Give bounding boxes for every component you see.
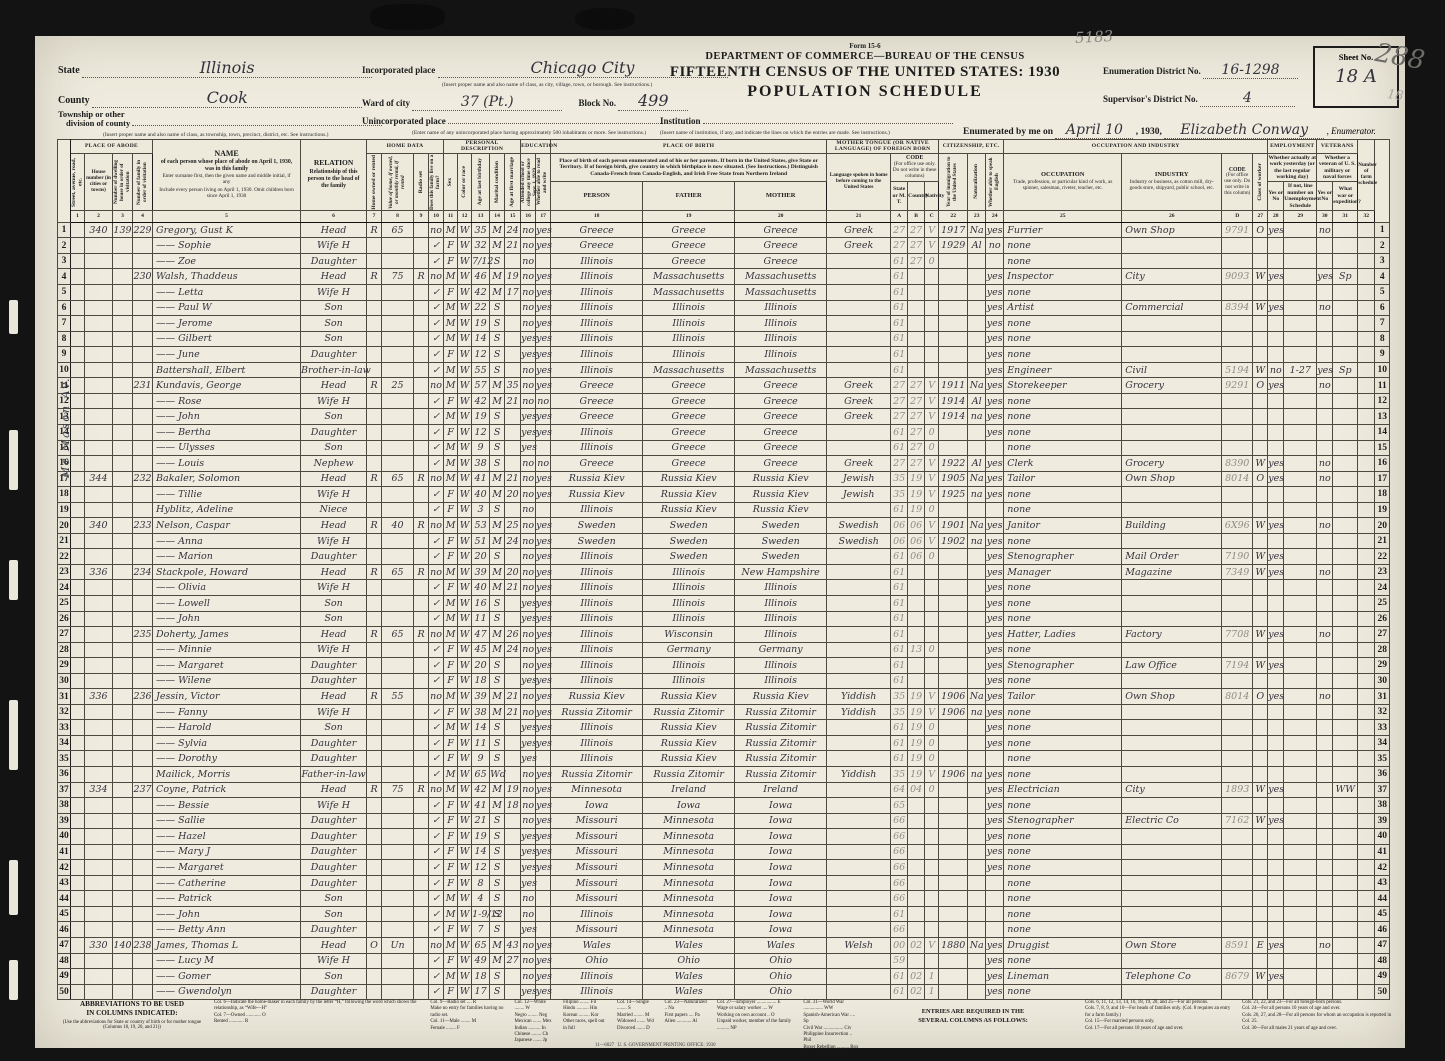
cell: Greece: [735, 222, 827, 238]
cell: 21: [505, 393, 521, 409]
cell: [1122, 409, 1222, 425]
cell: [113, 798, 133, 814]
cell: [968, 564, 986, 580]
cell: [71, 704, 85, 720]
cell: M: [444, 362, 458, 378]
line-number: 34: [58, 735, 71, 751]
cell: [71, 642, 85, 658]
cell: 232: [133, 471, 153, 487]
cell: Minnesota: [643, 875, 735, 891]
cell: W: [458, 860, 472, 876]
cell: Greece: [643, 440, 735, 456]
cell: no: [429, 378, 444, 394]
cell: —— Tillie: [153, 487, 301, 503]
line-number: 19: [1375, 502, 1390, 518]
incorporated-field: Incorporated place Chicago City (Insert …: [362, 58, 728, 88]
cell: [968, 906, 986, 922]
column-number: 20: [735, 210, 827, 222]
cell: [85, 331, 113, 347]
cell: 22: [472, 300, 490, 316]
cell: —— Marion: [153, 549, 301, 565]
cell: [71, 906, 85, 922]
cell: [1284, 502, 1317, 518]
cell: yes: [986, 673, 1004, 689]
cell: [986, 891, 1004, 907]
table-row: 47330140238James, Thomas LHeadOUnnoMW65M…: [58, 938, 1390, 954]
cell: [505, 813, 521, 829]
cell: yes: [536, 580, 551, 596]
cell: 02: [908, 969, 925, 985]
cell: 20: [505, 564, 521, 580]
cell: 40: [382, 518, 414, 534]
cell: [1253, 906, 1268, 922]
cell: F: [444, 704, 458, 720]
cell: W: [458, 269, 472, 285]
cell: [1122, 704, 1222, 720]
unincorporated-note: (Enter name of any unincorporated place …: [362, 130, 646, 136]
cell: no: [521, 938, 536, 954]
cell: [986, 751, 1004, 767]
cell: [925, 673, 939, 689]
abbreviations-title-block: ABBREVIATIONS TO BE USED IN COLUMNS INDI…: [57, 1000, 207, 1061]
cell: 1: [925, 969, 939, 985]
abbreviations-footer: ABBREVIATIONS TO BE USED IN COLUMNS INDI…: [57, 1000, 1392, 1061]
cell: Iowa: [735, 860, 827, 876]
column-number: 2: [85, 210, 113, 222]
cell: F: [444, 238, 458, 254]
cell: 27: [891, 238, 908, 254]
cell: M: [444, 300, 458, 316]
cell: [414, 938, 429, 954]
table-row: 45—— JohnSon✓MW1-9/12SnoIllinoisMinnesot…: [58, 906, 1390, 922]
cell: [1268, 922, 1284, 938]
cell: M: [444, 689, 458, 705]
cell: 40: [472, 580, 490, 596]
cell: Greece: [643, 238, 735, 254]
cell: [939, 875, 968, 891]
cell: 26: [505, 627, 521, 643]
cell: WW: [1333, 782, 1358, 798]
cell: [113, 953, 133, 969]
abbreviation-line: Mexican Expedition ....... Mex: [803, 1051, 861, 1061]
cell: [908, 906, 925, 922]
cell: [85, 440, 113, 456]
cell: [71, 269, 85, 285]
block-label: Block No.: [579, 98, 617, 108]
cell: [382, 798, 414, 814]
cell: Illinois: [643, 580, 735, 596]
cell: R: [414, 518, 429, 534]
cell: ✓: [429, 984, 444, 1000]
cell: 9: [472, 751, 490, 767]
cell: yes: [536, 782, 551, 798]
abbreviation-line: Divorced ....... D: [617, 1026, 655, 1032]
cell: yes: [536, 378, 551, 394]
cell: yes: [1268, 564, 1284, 580]
farm-label: Does this family live on a farm?: [430, 154, 442, 210]
cell: 9291: [1222, 378, 1253, 394]
abbreviation-line: Rented ............ R: [214, 1019, 420, 1025]
cell: na: [968, 704, 986, 720]
cell: Daughter: [301, 844, 367, 860]
cell: [113, 409, 133, 425]
relation-column-header: RELATION Relationship of this person to …: [301, 140, 367, 211]
cell: E: [1253, 938, 1268, 954]
cell: [925, 953, 939, 969]
cell: [133, 720, 153, 736]
cell: [505, 860, 521, 876]
cell: 27: [908, 222, 925, 238]
cell: Daughter: [301, 347, 367, 363]
age-first-marriage-column-header: Age at first marriage: [505, 153, 521, 210]
cell: [925, 860, 939, 876]
cell: [925, 922, 939, 938]
cell: [1284, 222, 1317, 238]
cell: [382, 922, 414, 938]
cell: Illinois: [551, 580, 643, 596]
cell: [367, 720, 382, 736]
cell: R: [414, 564, 429, 580]
cell: [939, 860, 968, 876]
cell: [414, 611, 429, 627]
cell: [133, 704, 153, 720]
cell: Wales: [643, 969, 735, 985]
cell: [968, 658, 986, 674]
cell: [939, 969, 968, 985]
print-number: 11—6027: [595, 1043, 614, 1048]
cell: 20: [472, 658, 490, 674]
cell: 27: [908, 393, 925, 409]
cell: 59: [891, 953, 908, 969]
cell: Illinois: [643, 300, 735, 316]
cell: Na: [968, 222, 986, 238]
cell: Father-in-law: [301, 766, 367, 782]
cell: Greek: [827, 378, 891, 394]
cell: no: [1317, 456, 1333, 472]
cell: S: [490, 456, 505, 472]
table-row: 13—— JohnSon✓MW19SyesyesGreeceGreeceGree…: [58, 409, 1390, 425]
cell: [827, 891, 891, 907]
cell: yes: [986, 456, 1004, 472]
cell: Greece: [735, 440, 827, 456]
line-number: 42: [1375, 860, 1390, 876]
cell: M: [444, 471, 458, 487]
cell: no: [1317, 518, 1333, 534]
cell: [908, 922, 925, 938]
cell: Illinois: [735, 331, 827, 347]
cell: [367, 891, 382, 907]
cell: Ireland: [643, 782, 735, 798]
cell: [1317, 906, 1333, 922]
cell: [1268, 953, 1284, 969]
cell: —— Sophie: [153, 238, 301, 254]
cell: Illinois: [551, 627, 643, 643]
cell: [367, 316, 382, 332]
cell: [939, 627, 968, 643]
cell: [505, 766, 521, 782]
cell: Na: [968, 378, 986, 394]
cell: [133, 813, 153, 829]
cell: [925, 627, 939, 643]
cell: [113, 969, 133, 985]
cell: 61: [891, 906, 908, 922]
cell: yes: [521, 409, 536, 425]
cell: Iowa: [735, 844, 827, 860]
cell: Na: [968, 471, 986, 487]
cell: —— Letta: [153, 285, 301, 301]
name-desc-1: of each person whose place of abode on A…: [153, 158, 300, 173]
cell: Son: [301, 316, 367, 332]
cell: [382, 549, 414, 565]
cell: [71, 285, 85, 301]
cell: V: [925, 471, 939, 487]
cell: no: [521, 269, 536, 285]
cell: [1253, 487, 1268, 503]
line-number: 3: [58, 253, 71, 269]
cell: [85, 984, 113, 1000]
cell: [1122, 798, 1222, 814]
cell: [968, 673, 986, 689]
enumeration-date: April 10: [1066, 122, 1123, 138]
cell: no: [521, 798, 536, 814]
cell: yes: [536, 471, 551, 487]
cell: [71, 393, 85, 409]
cell: [939, 502, 968, 518]
cell: Greece: [735, 378, 827, 394]
cell: [1122, 238, 1222, 254]
cell: W: [458, 440, 472, 456]
cell: Jewish: [827, 471, 891, 487]
cell: [1253, 238, 1268, 254]
cell: Nephew: [301, 456, 367, 472]
unemployment-line-subheader: If not, line number on Unemployment Sche…: [1284, 182, 1317, 211]
abbreviation-line: Unpaid worker, member of the family ....…: [717, 1019, 793, 1032]
cell: Russia Kiev: [735, 689, 827, 705]
cell: [1317, 860, 1333, 876]
table-row: 22—— MarionDaughter✓FW20SnoyesIllinoisSw…: [58, 549, 1390, 565]
cell: Illinois: [551, 642, 643, 658]
cell: [113, 378, 133, 394]
cell: City: [1122, 269, 1222, 285]
cell: W: [1253, 782, 1268, 798]
column-number: 3: [113, 210, 133, 222]
cell: [1284, 798, 1317, 814]
cell: [1122, 347, 1222, 363]
cell: [113, 393, 133, 409]
cell: [908, 269, 925, 285]
cell: [1284, 331, 1317, 347]
cell: Iowa: [735, 798, 827, 814]
cell: [1253, 642, 1268, 658]
cell: [939, 347, 968, 363]
cell: [827, 829, 891, 845]
cell: [925, 875, 939, 891]
cell: —— Wilene: [153, 673, 301, 689]
cell: [1253, 611, 1268, 627]
table-row: 41—— Mary JDaughter✓FW14SyesyesMissouriM…: [58, 844, 1390, 860]
cell: [908, 891, 925, 907]
abbreviation-line: Mexican ....... Mex: [515, 1019, 554, 1025]
cell: [382, 316, 414, 332]
cell: 61: [891, 595, 908, 611]
column-number: 26: [1122, 210, 1222, 222]
cell: [113, 331, 133, 347]
cell: —— Olivia: [153, 580, 301, 596]
cell: [1333, 238, 1358, 254]
cell: [1333, 798, 1358, 814]
cell: 21: [505, 580, 521, 596]
cell: [85, 611, 113, 627]
cell: [113, 456, 133, 472]
cell: Iowa: [735, 875, 827, 891]
cell: [1284, 875, 1317, 891]
cell: [71, 735, 85, 751]
cell: [1222, 253, 1253, 269]
cell: yes: [986, 533, 1004, 549]
cell: [536, 502, 551, 518]
table-row: 42—— MargaretDaughter✓FW12SyesyesMissour…: [58, 860, 1390, 876]
cell: no: [521, 891, 536, 907]
cell: no: [521, 782, 536, 798]
cell: M: [490, 533, 505, 549]
line-number: 13: [1375, 409, 1390, 425]
abbreviation-columns: Col. 6—Indicate the home-maker in each f…: [214, 1000, 861, 1061]
cell: Telephone Co: [1122, 969, 1222, 985]
cell: 5194: [1222, 362, 1253, 378]
table-row: 38—— BessieWife H✓FW41M18noyesIowaIowaIo…: [58, 798, 1390, 814]
cell: none: [1004, 891, 1122, 907]
cell: [968, 751, 986, 767]
cell: 12: [472, 424, 490, 440]
cell: [925, 906, 939, 922]
column-number: 11: [444, 210, 458, 222]
cell: 06: [908, 549, 925, 565]
cell: S: [490, 300, 505, 316]
cell: 27: [891, 222, 908, 238]
cell: [1253, 424, 1268, 440]
tongue-code-note: (For office use only. Do not write in th…: [891, 162, 938, 180]
cell: [133, 238, 153, 254]
cell: 35: [891, 471, 908, 487]
cell: Sweden: [643, 549, 735, 565]
cell: [1333, 580, 1358, 596]
column-number: 28: [1268, 210, 1284, 222]
cell: [1122, 891, 1222, 907]
column-number: 13: [472, 210, 490, 222]
cell: Russia Kiev: [643, 751, 735, 767]
cell: Illinois: [735, 673, 827, 689]
cell: [133, 316, 153, 332]
home-data-group: HOME DATA: [367, 140, 444, 154]
cell: none: [1004, 440, 1122, 456]
occupation-desc: Trade, profession, or particular kind of…: [1004, 179, 1121, 193]
cell: —— Fanny: [153, 704, 301, 720]
cell: Greece: [551, 409, 643, 425]
cell: Illinois: [551, 549, 643, 565]
cell: Electric Co: [1122, 813, 1222, 829]
institution-field: Institution (Insert name of institution,…: [660, 116, 953, 136]
cell: Minnesota: [643, 860, 735, 876]
cell: [1358, 906, 1375, 922]
cell: [382, 984, 414, 1000]
cell: [1317, 782, 1333, 798]
cell: [939, 611, 968, 627]
cell: [113, 362, 133, 378]
cell: 38: [472, 456, 490, 472]
cell: yes: [986, 798, 1004, 814]
cell: [1333, 409, 1358, 425]
abbreviation-line: Col. 14—Single ........ S: [617, 1000, 655, 1013]
cell: Illinois: [551, 331, 643, 347]
cell: [71, 766, 85, 782]
township-label-2: division of county: [58, 118, 130, 128]
cell: [1284, 456, 1317, 472]
cell: yes: [536, 735, 551, 751]
cell: [1284, 424, 1317, 440]
cell: [133, 860, 153, 876]
cell: [1317, 285, 1333, 301]
cell: [827, 627, 891, 643]
cell: [1358, 658, 1375, 674]
cell: R: [367, 222, 382, 238]
cell: [1253, 347, 1268, 363]
line-number: 6: [58, 300, 71, 316]
cell: [113, 658, 133, 674]
cell: 8390: [1222, 456, 1253, 472]
cell: Russia Zitomir: [551, 704, 643, 720]
table-row: 32—— FannyWife H✓FW38M21noyesRussia Zito…: [58, 704, 1390, 720]
cell: Sweden: [643, 518, 735, 534]
cell: [382, 844, 414, 860]
cell: no: [521, 316, 536, 332]
cell: [367, 813, 382, 829]
cell: [414, 891, 429, 907]
cell: 7162: [1222, 813, 1253, 829]
cell: 21: [505, 704, 521, 720]
cell: Wisconsin: [643, 627, 735, 643]
cell: [827, 440, 891, 456]
cell: [536, 891, 551, 907]
cell: 35: [505, 378, 521, 394]
cell: M: [490, 782, 505, 798]
cell: [827, 642, 891, 658]
cell: 0: [925, 424, 939, 440]
age-first-marriage-label: Age at first marriage: [509, 157, 515, 207]
cell: Own Shop: [1122, 222, 1222, 238]
cell: M: [490, 487, 505, 503]
cell: W: [458, 471, 472, 487]
cell: yes: [986, 580, 1004, 596]
cell: [1284, 658, 1317, 674]
cell: no: [521, 487, 536, 503]
cell: [505, 362, 521, 378]
cell: yes: [1268, 627, 1284, 643]
radio-label: Radio set: [418, 171, 424, 193]
cell: —— Margaret: [153, 658, 301, 674]
cell: —— Jerome: [153, 316, 301, 332]
cell: yes: [986, 735, 1004, 751]
cell: [113, 440, 133, 456]
abbreviation-line: Philippine Insurrection .. Phil: [803, 1032, 861, 1045]
film-edge-mark: [9, 700, 18, 770]
cell: James, Thomas L: [153, 938, 301, 954]
cell: [113, 595, 133, 611]
cell: [367, 751, 382, 767]
cell: yes: [521, 735, 536, 751]
cell: yes: [1268, 471, 1284, 487]
cell: [1268, 611, 1284, 627]
cell: 35: [472, 222, 490, 238]
